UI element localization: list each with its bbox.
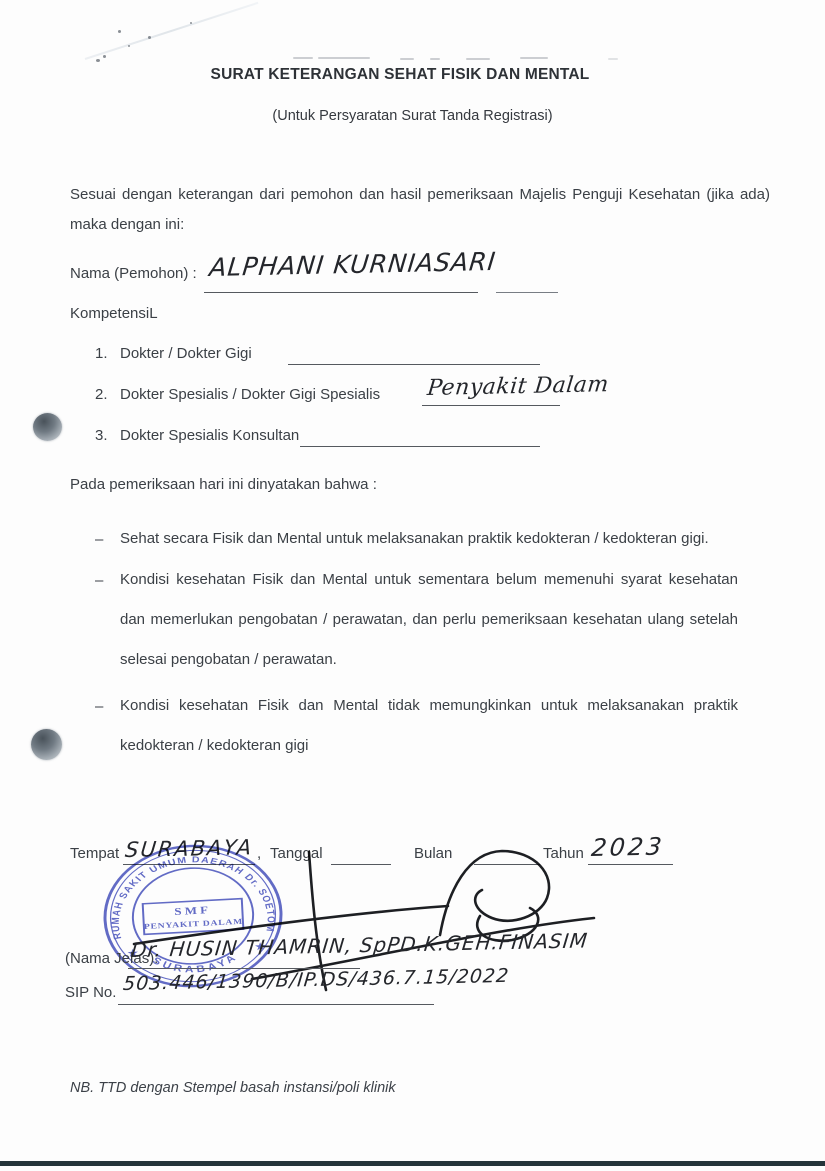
competency-item-1-number: 1.: [95, 345, 108, 362]
scan-speck: [148, 36, 151, 39]
tahun-label: Tahun: [543, 845, 584, 862]
statement-1-bullet: –: [95, 531, 103, 548]
sip-underline: [118, 1004, 434, 1005]
competency-specialty-handwritten: Penyakit Dalam: [426, 372, 610, 401]
competency-item-3-label: Dokter Spesialis Konsultan: [120, 427, 299, 444]
statement-3-bullet: –: [95, 698, 103, 715]
tanggal-blank-line: [331, 864, 391, 865]
scan-dash-artifact: [520, 57, 548, 59]
tahun-value-handwritten: 2023: [590, 832, 666, 862]
scan-speck: [103, 55, 106, 58]
kompetensi-label: KompetensiL: [70, 305, 158, 322]
scan-speck: [96, 59, 100, 62]
competency-item-3-number: 3.: [95, 427, 108, 444]
stamp-penyakit-dalam-text: PENYAKIT DALAM: [144, 917, 244, 931]
statement-intro: Pada pemeriksaan hari ini dinyatakan bah…: [70, 476, 377, 493]
scan-dash-artifact: [400, 58, 414, 60]
competency-item-1-label: Dokter / Dokter Gigi: [120, 345, 252, 362]
applicant-name-label: Nama (Pemohon) :: [70, 265, 197, 282]
scan-speck: [118, 30, 121, 33]
competency-item-3-blank: [300, 446, 540, 447]
document-title: SURAT KETERANGAN SEHAT FISIK DAN MENTAL: [0, 66, 800, 84]
statement-3-text: Kondisi kesehatan Fisik dan Mental tidak…: [120, 686, 738, 766]
stamp-smf-text: SMF: [174, 904, 211, 917]
statement-2-bullet: –: [95, 572, 103, 589]
competency-item-2-blank: [422, 405, 560, 406]
scan-dash-artifact: [430, 58, 440, 60]
scanned-document-page: SURAT KETERANGAN SEHAT FISIK DAN MENTAL …: [0, 0, 825, 1171]
scan-dash-artifact: [318, 57, 370, 59]
scan-speck: [190, 22, 192, 24]
intro-paragraph: Sesuai dengan keterangan dari pemohon da…: [70, 180, 770, 240]
hole-punch-bottom: [31, 729, 62, 760]
competency-item-2-label: Dokter Spesialis / Dokter Gigi Spesialis: [120, 386, 380, 403]
scan-crease-artifact: [85, 2, 259, 60]
competency-item-2-number: 2.: [95, 386, 108, 403]
bulan-blank-line: [474, 864, 540, 865]
competency-item-1-blank: [288, 364, 540, 365]
tahun-blank-line: [588, 864, 673, 865]
scan-edge-line: [0, 1161, 825, 1166]
applicant-name-handwritten: ALPHANI KURNIASARI: [208, 247, 497, 282]
bulan-label: Bulan: [414, 845, 452, 862]
document-subtitle: (Untuk Persyaratan Surat Tanda Registras…: [0, 108, 825, 124]
statement-1-text: Sehat secara Fisik dan Mental untuk mela…: [120, 519, 770, 559]
nb-note: NB. TTD dengan Stempel basah instansi/po…: [70, 1080, 396, 1096]
statement-2-text: Kondisi kesehatan Fisik dan Mental untuk…: [120, 560, 738, 680]
scan-speck: [128, 45, 130, 47]
scan-dash-artifact: [466, 58, 490, 60]
scan-dash-artifact: [293, 57, 313, 59]
applicant-name-blank-line-tail: [496, 292, 558, 293]
scan-dash-artifact: [608, 58, 618, 60]
applicant-name-blank-line: [204, 292, 478, 293]
hole-punch-top: [33, 413, 62, 441]
sip-label: SIP No.: [65, 984, 116, 1001]
